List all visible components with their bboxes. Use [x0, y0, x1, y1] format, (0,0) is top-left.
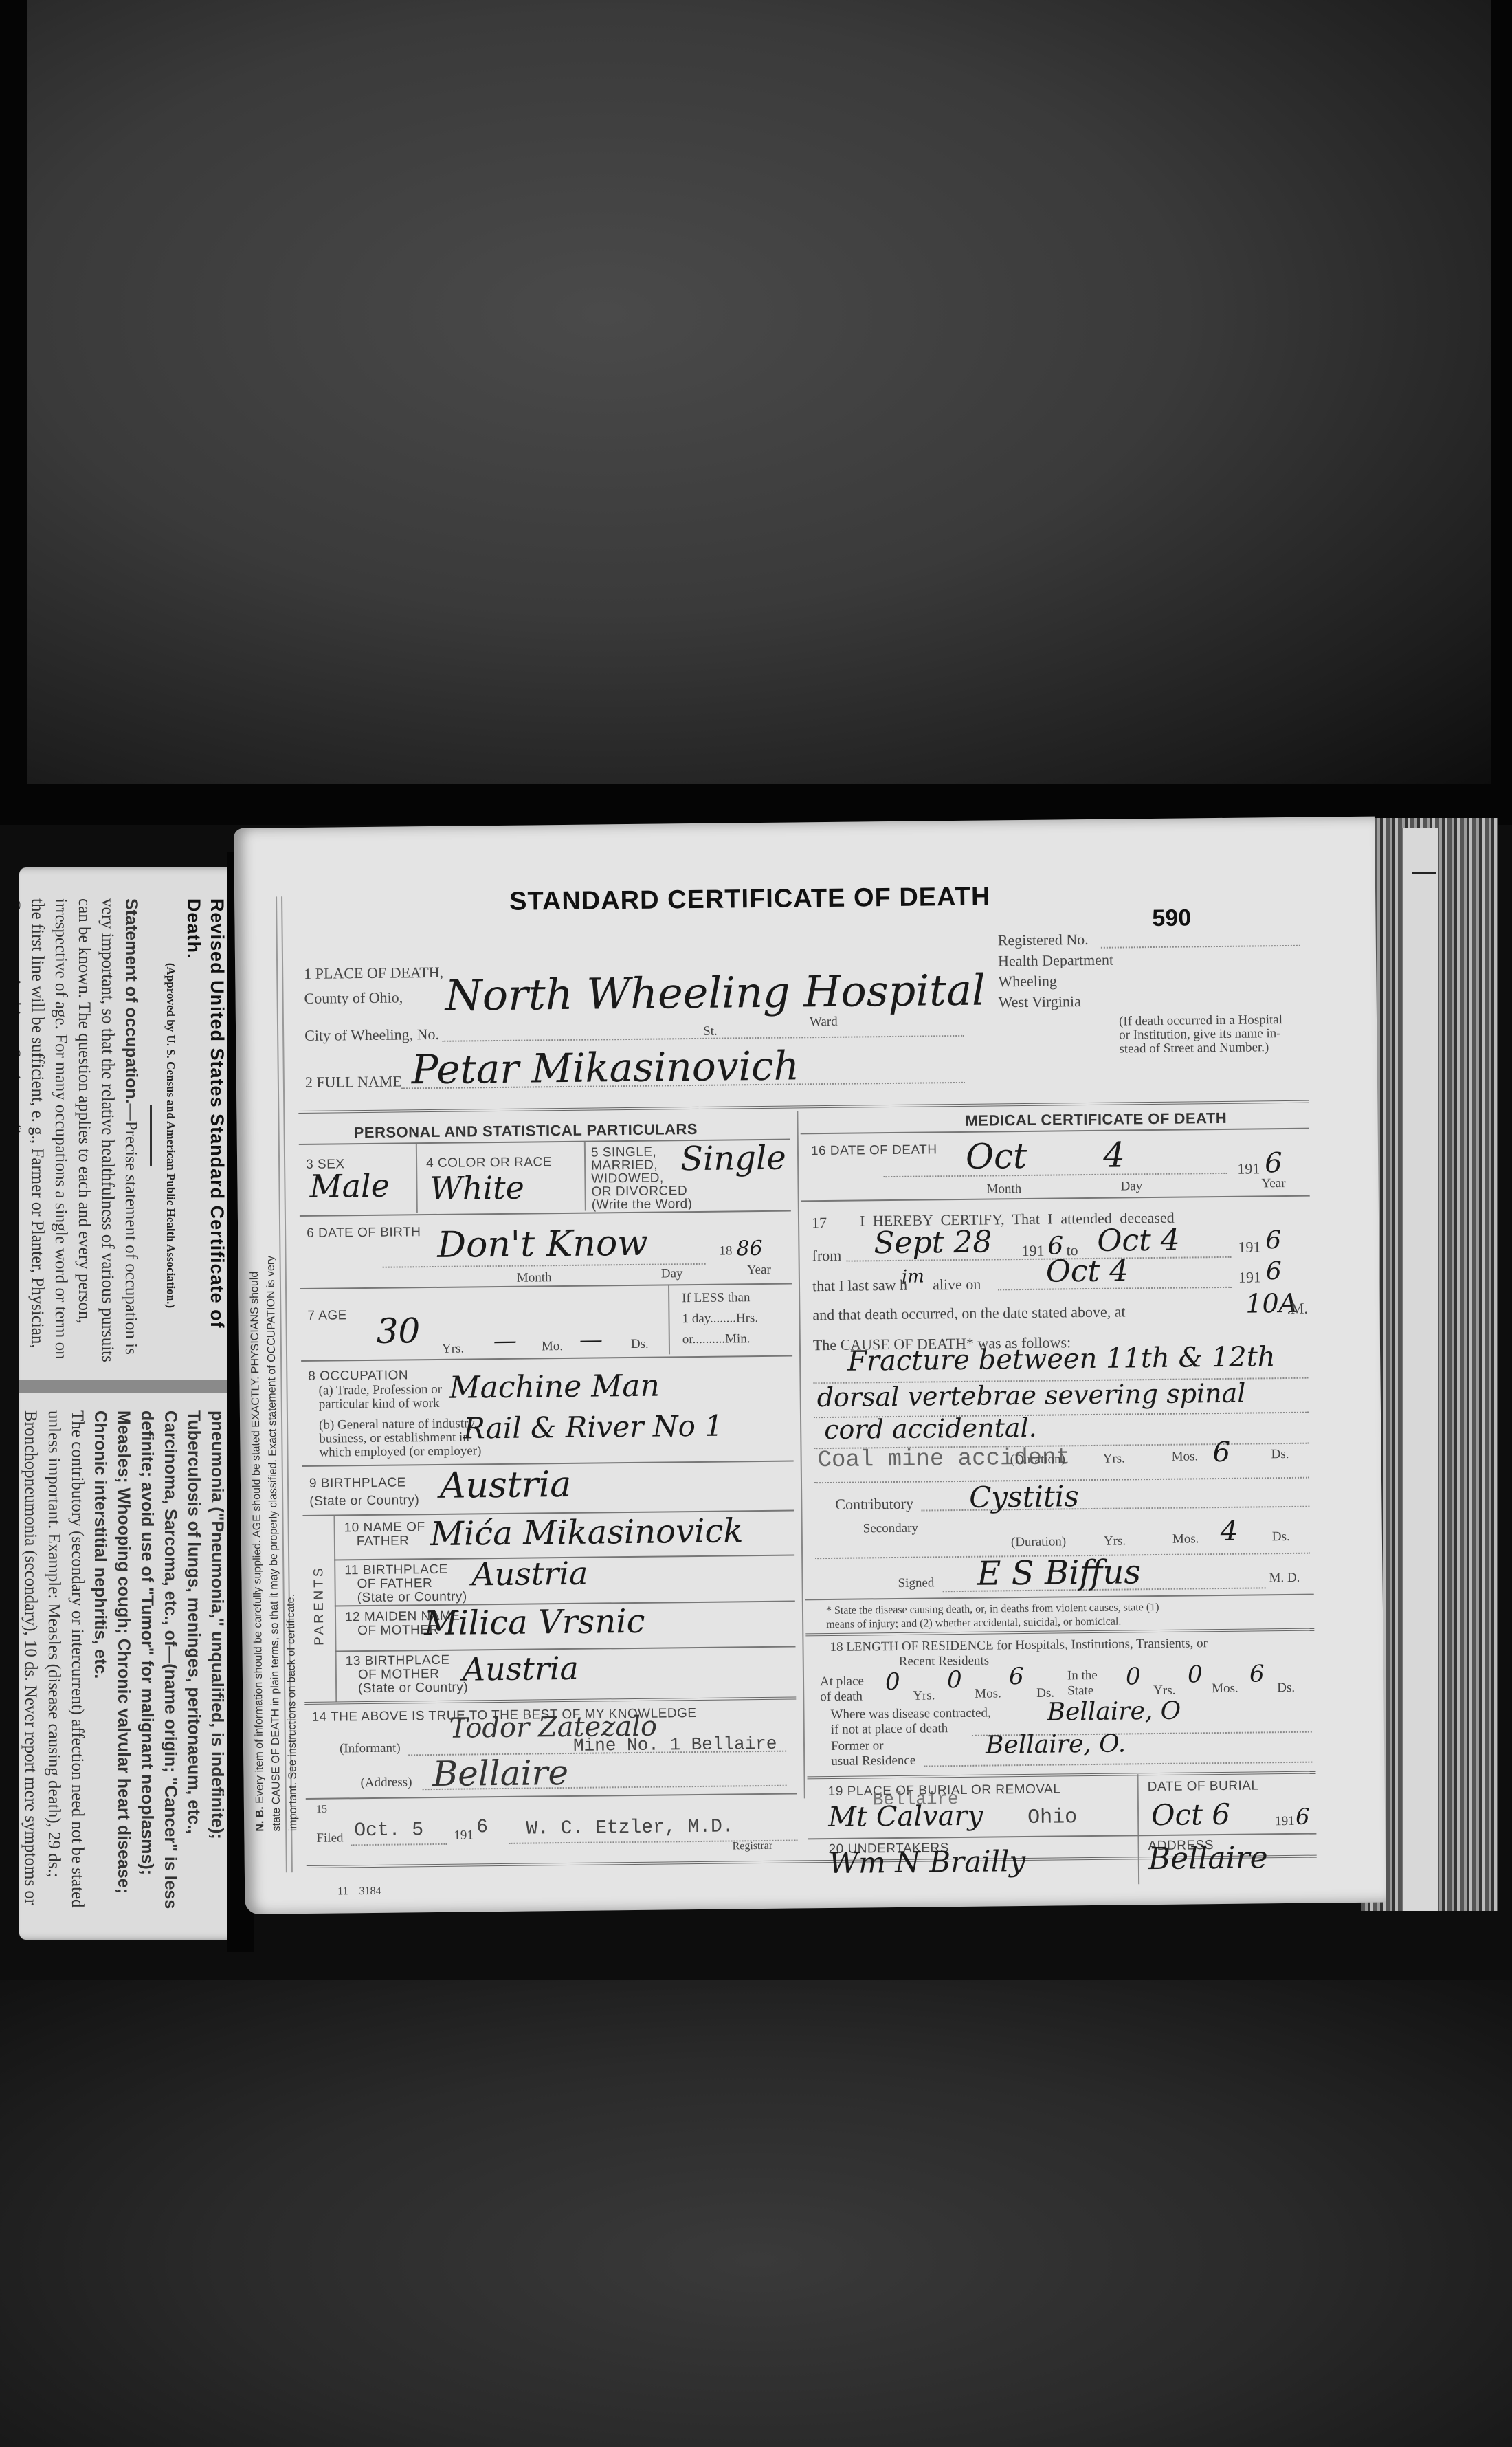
undertaker-value: Wm N Brailly	[829, 1844, 1026, 1880]
county-label: County of Ohio,	[304, 988, 403, 1008]
undertaker-address-value: Bellaire	[1148, 1840, 1268, 1876]
to-year-prefix: 191	[1238, 1238, 1260, 1256]
birthplace-value: Austria	[440, 1464, 572, 1507]
registered-number: 590	[1152, 905, 1191, 932]
personal-heading: PERSONAL AND STATISTICAL PARTICULARS	[354, 1120, 698, 1142]
place-of-death-value: North Wheeling Hospital	[445, 965, 986, 1021]
edge-mark	[1412, 872, 1436, 874]
contracted-label: Where was disease contracted, if not at …	[830, 1706, 991, 1738]
slip-occupation-paragraph: Statement of occupation.—Precise stateme…	[19, 898, 143, 1373]
place-mos-label: Mos.	[975, 1686, 1001, 1701]
certificate-form: N. B. Every item of information should b…	[275, 845, 1316, 1852]
year-label: Year	[747, 1263, 771, 1278]
dod-month: Oct	[966, 1136, 1027, 1177]
dod-month-label: Month	[986, 1182, 1021, 1197]
father-birthplace-value: Austria	[471, 1555, 588, 1593]
age-label: 7 AGE	[307, 1308, 347, 1324]
dob-year-prefix: 18	[719, 1243, 732, 1259]
age-days: —	[579, 1326, 603, 1353]
occupation-a-label: (a) Trade, Profession or particular kind…	[318, 1383, 442, 1412]
signed-value: E S Biffus	[977, 1553, 1141, 1593]
occupation-label: 8 OCCUPATION	[308, 1368, 408, 1384]
dod-day: 4	[1103, 1135, 1125, 1175]
former-value: Bellaire, O.	[986, 1729, 1126, 1759]
place-of-death-label: 1 PLACE OF DEATH,	[304, 964, 443, 983]
from-label: from	[812, 1247, 841, 1265]
secondary-duration-label: (Duration)	[1011, 1534, 1066, 1550]
filed-label: Filed	[316, 1830, 343, 1846]
occupation-b-label: (b) General nature of industry, business…	[319, 1417, 481, 1459]
certificate-page: N. B. Every item of information should b…	[234, 817, 1386, 1914]
address-label: (Address)	[360, 1775, 412, 1791]
state-mos: 0	[1188, 1661, 1203, 1688]
duration-label: (Duration)	[1010, 1452, 1065, 1468]
marital-label: 5 SINGLE, MARRIED, WIDOWED, OR DIVORCED …	[591, 1145, 693, 1212]
form-number: 11—3184	[337, 1885, 381, 1898]
month-label: Month	[517, 1270, 552, 1286]
contributory-value: Cystitis	[969, 1479, 1079, 1514]
secondary-mos-label: Mos.	[1172, 1531, 1199, 1547]
color-value: White	[430, 1169, 524, 1207]
slip-cause-section: pneumonia ("Pneumonia," unqualified, is …	[19, 1410, 229, 1919]
filed-date: Oct. 5	[354, 1819, 423, 1841]
street-label: St.	[703, 1024, 718, 1039]
secondary-ds-label: Ds.	[1272, 1529, 1290, 1544]
last-saw-label: that I last saw h	[812, 1276, 907, 1295]
secondary-yrs-label: Yrs.	[1104, 1533, 1126, 1549]
signed-label: Signed	[898, 1575, 934, 1591]
burial-place-value: Mt Calvary	[828, 1800, 983, 1833]
duration-ds-label: Ds.	[1271, 1447, 1289, 1462]
birthplace-label: 9 BIRTHPLACE (State or Country)	[309, 1474, 420, 1511]
registrar-label: Registrar	[732, 1840, 772, 1853]
hospital-note-3: stead of Street and Number.)	[1119, 1040, 1269, 1056]
registered-no-label: Registered No.	[998, 931, 1089, 949]
state-ds-label: Ds.	[1277, 1681, 1295, 1696]
day-label: Day	[661, 1266, 683, 1281]
burial-year: 6	[1296, 1804, 1310, 1830]
full-name-label: 2 FULL NAME	[305, 1072, 402, 1091]
informant-typed: Mine No. 1 Bellaire	[573, 1734, 777, 1756]
dod-year-label: Year	[1261, 1176, 1285, 1191]
state-yrs: 0	[1126, 1663, 1141, 1690]
place-yrs-label: Yrs.	[913, 1688, 935, 1703]
burial-date-label: DATE OF BURIAL	[1148, 1778, 1259, 1795]
age-months: —	[493, 1327, 517, 1355]
ds-label: Ds.	[631, 1337, 649, 1352]
background-bottom	[0, 1980, 1512, 2447]
state-ds: 6	[1249, 1660, 1265, 1687]
md-label: M. D.	[1269, 1571, 1300, 1586]
father-birthplace-label: 11 BIRTHPLACE OF FATHER (State or Countr…	[344, 1563, 467, 1606]
at-place-label: At place of death	[820, 1674, 864, 1705]
mo-label: Mo.	[542, 1339, 563, 1354]
state-yrs-label: Yrs.	[1153, 1683, 1175, 1698]
dod-year: 6	[1265, 1147, 1282, 1179]
dept-line-2: Wheeling	[998, 972, 1057, 990]
alive-on-label: alive on	[933, 1276, 981, 1294]
mother-birthplace-label: 13 BIRTHPLACE OF MOTHER (State or Countr…	[346, 1653, 469, 1696]
dod-label: 16 DATE OF DEATH	[811, 1142, 937, 1159]
dob-value: Don't Know	[437, 1223, 648, 1266]
place-ds: 6	[1009, 1663, 1024, 1690]
filed-year: 6	[476, 1817, 488, 1838]
occupation-a-value: Machine Man	[449, 1369, 660, 1406]
margin-note: N. B. Every item of information should b…	[243, 883, 302, 1832]
death-time-suffix: .M.	[1287, 1300, 1308, 1318]
column-divider	[797, 1111, 805, 1798]
age-years: 30	[376, 1311, 420, 1351]
last-saw-year: 6	[1266, 1257, 1282, 1285]
mother-birthplace-value: Austria	[463, 1650, 579, 1688]
contributory-mos: 4	[1221, 1516, 1238, 1547]
full-name-value: Petar Mikasinovich	[411, 1042, 799, 1093]
contributory-label: Contributory	[835, 1495, 913, 1514]
state-mos-label: Mos.	[1212, 1681, 1238, 1696]
cause-line-2: dorsal vertebrae severing spinal	[816, 1378, 1245, 1413]
dob-label: 6 DATE OF BIRTH	[307, 1225, 421, 1241]
in-state-label: In the State	[1067, 1668, 1098, 1698]
former-label: Former or usual Residence	[831, 1738, 915, 1769]
city-label: City of Wheeling, No.	[304, 1026, 439, 1045]
instruction-slip: Revised United States Standard Certifica…	[19, 867, 239, 1940]
mother-value: Milica Vrsnic	[424, 1602, 645, 1643]
slip-occupation-section: Revised United States Standard Certifica…	[19, 898, 229, 1373]
cause-line-1: Fracture between 11th & 12th	[847, 1341, 1276, 1377]
dept-line-3: West Virginia	[999, 993, 1081, 1011]
edge-sheet	[1402, 828, 1438, 1911]
parents-label: PARENTS	[311, 1565, 327, 1646]
contracted-value: Bellaire, O	[1047, 1697, 1181, 1727]
filed-number: 15	[316, 1804, 327, 1816]
slip-fold	[19, 1380, 239, 1393]
death-time-text: and that death occurred, on the date sta…	[812, 1303, 1125, 1324]
sex-value: Male	[309, 1167, 390, 1205]
dod-day-label: Day	[1120, 1179, 1142, 1194]
duration-yrs-label: Yrs.	[1103, 1451, 1125, 1466]
father-value: Mića Mikasinovick	[430, 1512, 743, 1553]
duration-mos: 6	[1212, 1437, 1230, 1468]
duration-mos-label: Mos.	[1172, 1449, 1199, 1464]
less-than-day: If LESS than 1 day........Hrs. or.......…	[682, 1287, 759, 1350]
occupation-b-value: Rail & River No 1	[463, 1409, 723, 1446]
medical-heading: MEDICAL CERTIFICATE OF DEATH	[965, 1109, 1227, 1130]
last-saw-year-prefix: 191	[1238, 1268, 1261, 1286]
dod-year-prefix: 191	[1237, 1160, 1260, 1177]
address-value: Bellaire	[432, 1753, 568, 1794]
slip-cause-paragraph-2: The contributory (secondary or intercurr…	[19, 1410, 89, 1919]
place-mos: 0	[947, 1666, 962, 1694]
from-year-prefix: 191	[1021, 1242, 1044, 1260]
dob-year: 86	[736, 1237, 763, 1261]
slip-title: Revised United States Standard Certifica…	[182, 898, 229, 1373]
burial-state: Ohio	[1027, 1806, 1077, 1830]
from-date: Sept 28	[874, 1224, 992, 1261]
dept-line-1: Health Department	[998, 951, 1113, 971]
cause-line-3: cord accidental.	[824, 1413, 1037, 1445]
informant-label: (Informant)	[340, 1741, 401, 1757]
last-saw-him: im	[902, 1267, 924, 1287]
burial-year-prefix: 191	[1275, 1814, 1295, 1829]
father-label: 10 NAME OF FATHER	[344, 1520, 425, 1549]
slip-divider	[150, 1105, 152, 1166]
place-yrs: 0	[885, 1668, 900, 1696]
slip-approved: (Approved by U. S. Census and American P…	[159, 898, 182, 1373]
burial-date: Oct 6	[1151, 1797, 1230, 1832]
cause-footnote: * State the disease causing death, or, i…	[826, 1601, 1159, 1632]
to-year: 6	[1265, 1226, 1281, 1254]
registrar-name: W. C. Etzler, M.D.	[526, 1816, 734, 1839]
certificate-title: STANDARD CERTIFICATE OF DEATH	[509, 882, 991, 916]
slip-cause-paragraph-1: pneumonia ("Pneumonia," unqualified, is …	[89, 1410, 229, 1919]
filed-year-prefix: 191	[454, 1828, 474, 1843]
last-saw-date: Oct 4	[1046, 1253, 1129, 1289]
secondary-label: Secondary	[863, 1521, 918, 1537]
yrs-label: Yrs.	[442, 1342, 464, 1357]
marital-value: Single	[680, 1139, 786, 1179]
certify-number: 17	[812, 1214, 827, 1232]
background-top	[0, 0, 1512, 784]
